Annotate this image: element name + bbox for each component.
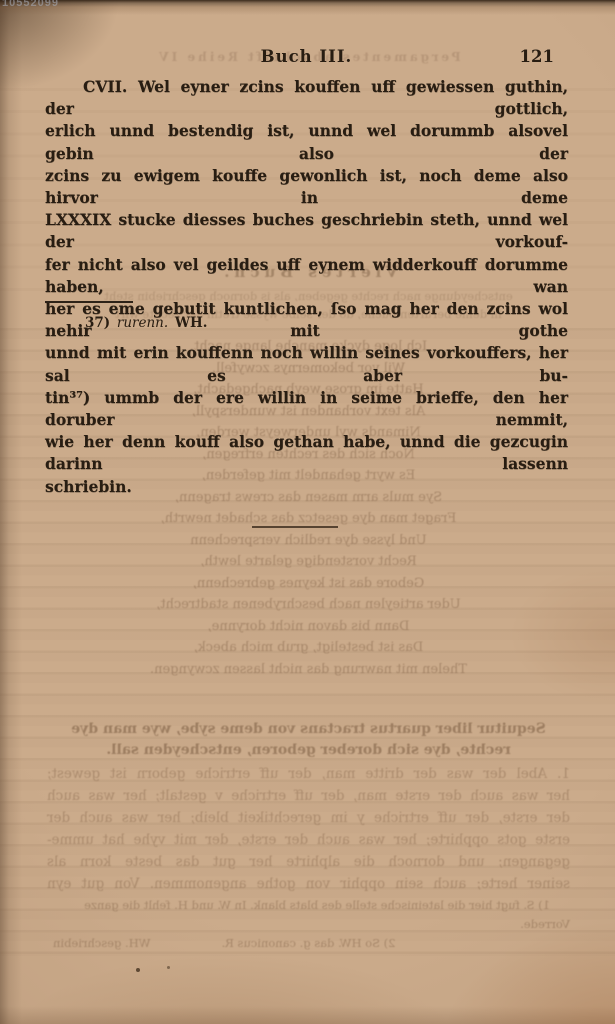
paragraph-line: wie her denn kouff also gethan habe, unn…	[45, 431, 568, 475]
section-paragraph: CVII. Wel eyner zcins kouffen uff gewies…	[45, 76, 568, 498]
paragraph-line: erlich unnd bestendig ist, unnd wel doru…	[45, 120, 568, 164]
ink-speck	[167, 966, 170, 969]
paragraph-line: tin³⁷) ummb der ere willin in seime brie…	[45, 387, 568, 431]
paragraph-line: fer nicht also vel geildes uff eynem wid…	[45, 254, 568, 298]
paragraph-line: LXXXIX stucke diesses buches geschriebin…	[45, 209, 568, 253]
paragraph-line: CVII. Wel eyner zcins kouffen uff gewies…	[45, 76, 568, 120]
footnote-rule	[45, 301, 133, 303]
footnote-marker: 37)	[85, 315, 110, 331]
footnote: 37) rurenn. WH.	[85, 315, 208, 331]
page-number: 121	[520, 47, 554, 66]
page-header: Buch III. 121	[45, 47, 568, 67]
paragraph-line: zcins zu ewigem kouffe gewonlich ist, no…	[45, 165, 568, 209]
footnote-source: WH.	[175, 315, 208, 331]
paragraph-line: schriebin.	[45, 476, 568, 498]
footnote-word: rurenn.	[117, 315, 168, 331]
page-content: Buch III. 121 CVII. Wel eyner zcins kouf…	[0, 0, 615, 1024]
paragraph-line: unnd mit erin kouffenn noch willin seine…	[45, 342, 568, 386]
ink-speck	[136, 968, 140, 972]
scan-id-watermark: 10552099	[2, 0, 59, 9]
scanned-book-page: 10552099 Pergamentes abschrift Reihe IV …	[0, 0, 615, 1024]
running-head: Buch III.	[45, 47, 568, 66]
